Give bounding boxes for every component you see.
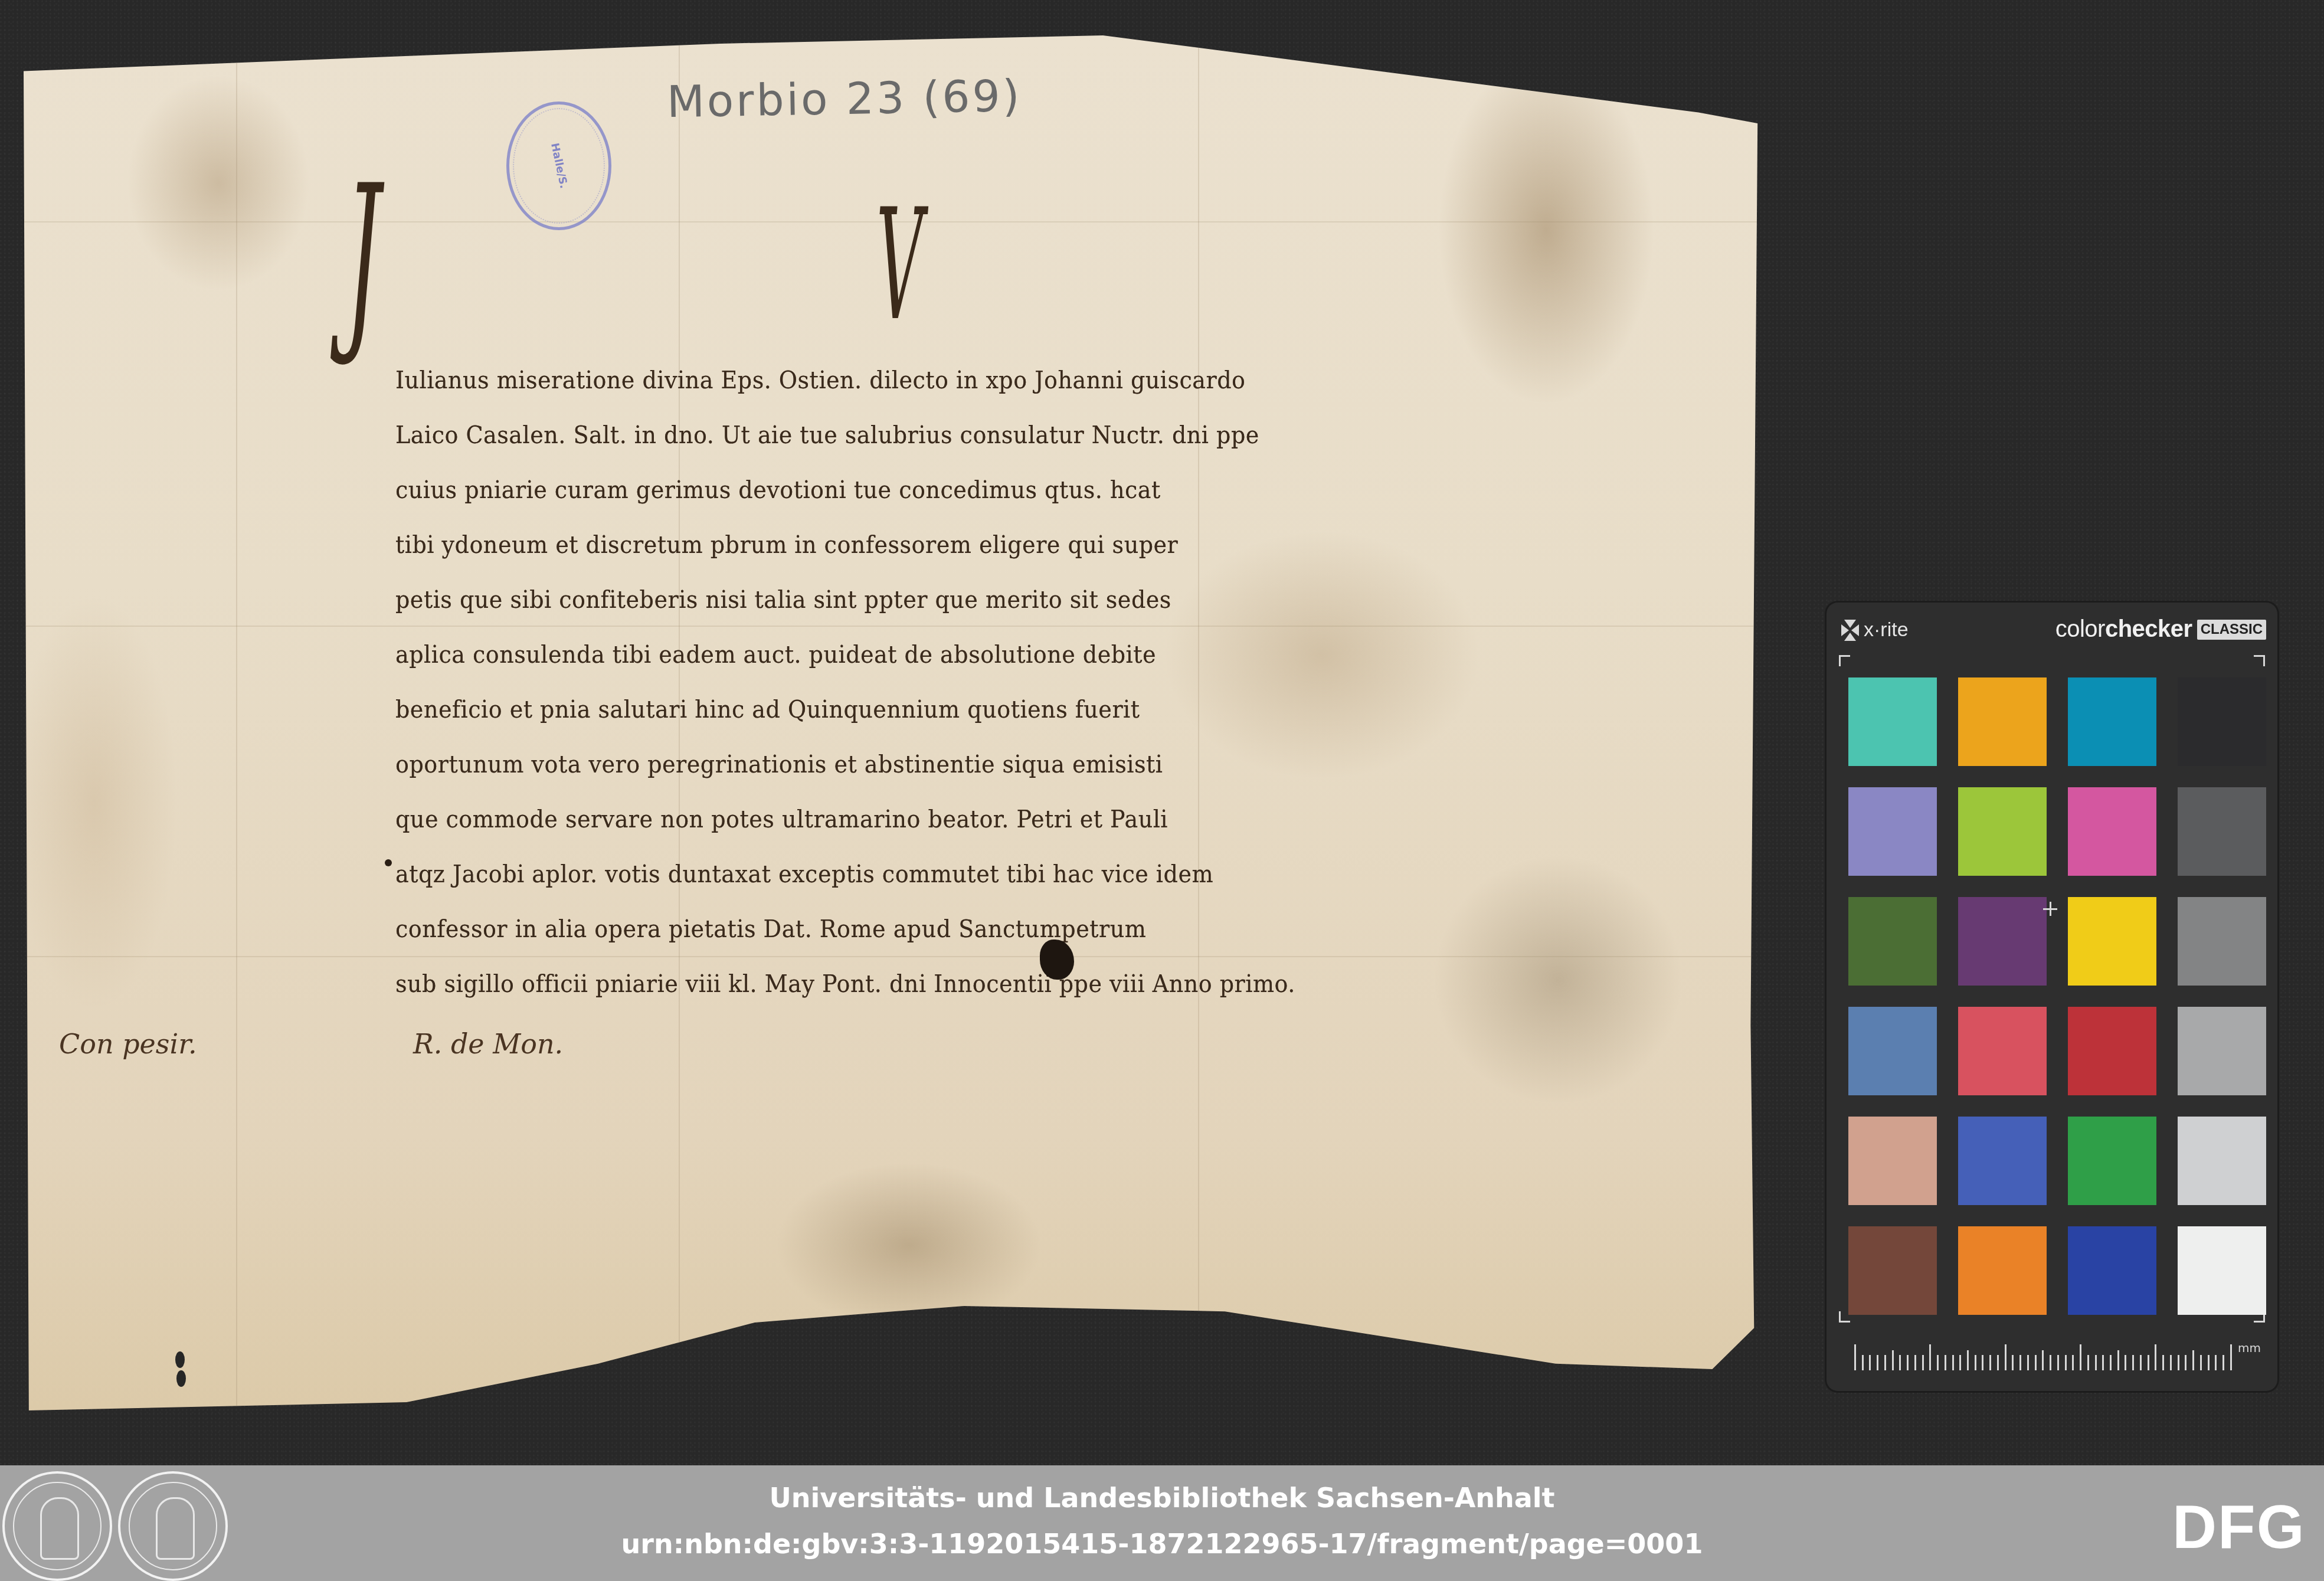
ruler-tick (2087, 1355, 2089, 1370)
manuscript-line: sub sigillo officii pniarie viii kl. May… (395, 957, 1361, 1012)
color-patch (1958, 1226, 2047, 1315)
color-patch (2068, 1007, 2156, 1095)
ruler-tick (2200, 1355, 2202, 1370)
ruler-tick (1892, 1350, 1894, 1370)
ruler-tick (1937, 1355, 1939, 1370)
ruler-tick (2192, 1350, 2194, 1370)
color-patch (2178, 787, 2266, 876)
manuscript-line: petis que sibi confiteberis nisi talia s… (395, 572, 1361, 627)
manuscript-line: atqz Jacobi aplor. votis duntaxat except… (395, 847, 1361, 902)
color-patch (2178, 1117, 2266, 1205)
ruler-tick (1877, 1355, 1878, 1370)
ruler-tick (2005, 1344, 2007, 1370)
color-patch (2178, 1226, 2266, 1315)
ruler-tick (1914, 1355, 1916, 1370)
parchment-hole (176, 1370, 186, 1387)
ruler-tick (2178, 1355, 2179, 1370)
ruler-tick (2065, 1355, 2067, 1370)
color-patch (2068, 787, 2156, 876)
color-patch-grid (1848, 677, 2266, 1315)
ruler-tick (1922, 1355, 1924, 1370)
color-patch (2068, 1226, 2156, 1315)
ink-dot (385, 859, 392, 866)
ruler-tick (2057, 1355, 2059, 1370)
ruler-tick (2170, 1355, 2172, 1370)
ruler-tick (2027, 1355, 2029, 1370)
ruler-tick (2050, 1355, 2051, 1370)
ruler-unit-label: mm (2238, 1341, 2261, 1355)
color-patch (1848, 897, 1937, 986)
parchment-hole (175, 1351, 185, 1368)
ruler-tick (1945, 1355, 1946, 1370)
color-patch (1848, 1226, 1937, 1315)
ruler-tick (2132, 1355, 2134, 1370)
institution-name: Universitäts- und Landesbibliothek Sachs… (0, 1482, 2324, 1514)
manuscript-line: tibi ydoneum et discretum pbrum in confe… (395, 518, 1361, 572)
ruler-tick (2080, 1344, 2081, 1370)
footer-bar: Universitäts- und Landesbibliothek Sachs… (0, 1465, 2324, 1581)
ruler-tick (1952, 1355, 1954, 1370)
ruler-tick (1982, 1355, 1983, 1370)
ruler-tick (2095, 1355, 2097, 1370)
ruler-tick (1967, 1350, 1969, 1370)
stamp-center-text: Halle/S. (548, 142, 569, 190)
color-patch (1958, 1117, 2047, 1205)
ruler-tick (1884, 1355, 1886, 1370)
ruler-tick (1997, 1355, 1999, 1370)
color-checker-card: x·rite color checker CLASSIC mm (1825, 601, 2279, 1393)
color-patch (1958, 787, 2047, 876)
ruler-tick (1854, 1344, 1856, 1370)
registration-corner (2254, 655, 2265, 666)
ruler-tick (1959, 1355, 1961, 1370)
ruler-tick (2185, 1355, 2186, 1370)
registration-corner (1839, 655, 1850, 666)
ruler-tick (2162, 1355, 2164, 1370)
ruler-tick (2117, 1350, 2119, 1370)
brand-label: x·rite (1864, 618, 1909, 641)
color-patch (2178, 1007, 2266, 1095)
marginal-note-center: R. de Mon. (413, 1028, 563, 1060)
title-light: color (2055, 616, 2105, 643)
ruler-tick (2035, 1355, 2037, 1370)
manuscript-line: beneficio et pnia salutari hinc ad Quinq… (395, 682, 1361, 737)
ruler-tick (2110, 1355, 2112, 1370)
color-patch (2178, 677, 2266, 766)
color-patch (1848, 787, 1937, 876)
crosshair-icon (2043, 902, 2057, 916)
ruler-tick (1899, 1355, 1901, 1370)
fold-line (236, 35, 237, 1410)
ruler-tick (1907, 1355, 1909, 1370)
xrite-logo-icon (1841, 620, 1859, 641)
ruler-tick (2155, 1344, 2156, 1370)
ruler-tick (2019, 1355, 2021, 1370)
decorated-initial-v: V (876, 189, 923, 342)
color-patch (1848, 677, 1937, 766)
color-patch (2068, 897, 2156, 986)
dfg-logo: DFG (2172, 1497, 2306, 1558)
ruler-tick (2140, 1355, 2142, 1370)
ruler-tick (2148, 1355, 2149, 1370)
classic-badge: CLASSIC (2197, 620, 2266, 640)
ruler-tick (1862, 1355, 1864, 1370)
ruler-tick (2208, 1355, 2210, 1370)
manuscript-line: Iulianus miseratione divina Eps. Ostien.… (395, 353, 1361, 408)
color-patch (1958, 897, 2047, 986)
ruler-tick (2215, 1355, 2217, 1370)
title-bold: checker (2105, 616, 2192, 643)
ruler-tick (1975, 1355, 1976, 1370)
colorchecker-title: color checker CLASSIC (2055, 616, 2266, 643)
ruler-tick (2102, 1355, 2104, 1370)
color-patch (2178, 897, 2266, 986)
mm-ruler (1854, 1344, 2232, 1370)
color-patch (1848, 1117, 1937, 1205)
urn-identifier[interactable]: urn:nbn:de:gbv:3:3-1192015415-1872122965… (0, 1528, 2324, 1560)
ruler-tick (1929, 1344, 1931, 1370)
shelfmark-pencil-note: Morbio 23 (69) (666, 71, 1022, 127)
manuscript-line: confessor in alia opera pietatis Dat. Ro… (395, 902, 1361, 957)
color-patch (1848, 1007, 1937, 1095)
manuscript-line: cuius pniarie curam gerimus devotioni tu… (395, 463, 1361, 518)
xrite-brand: x·rite (1841, 618, 1909, 641)
color-patch (2068, 677, 2156, 766)
marginal-note-left: Con pesir. (59, 1028, 197, 1060)
ruler-tick (2072, 1355, 2074, 1370)
color-patch (1958, 1007, 2047, 1095)
ruler-tick (2042, 1350, 2044, 1370)
ruler-tick (2012, 1355, 2014, 1370)
ruler-tick (1989, 1355, 1991, 1370)
ruler-tick (1869, 1355, 1871, 1370)
manuscript-line: oportunum vota vero peregrinationis et a… (395, 737, 1361, 792)
ruler-tick (2230, 1344, 2232, 1370)
manuscript-line: que commode servare non potes ultramarin… (395, 792, 1361, 847)
manuscript-text: Iulianus miseratione divina Eps. Ostien.… (395, 353, 1434, 1012)
manuscript-line: Laico Casalen. Salt. in dno. Ut aie tue … (395, 408, 1361, 463)
color-patch (1958, 677, 2047, 766)
manuscript-line: aplica consulenda tibi eadem auct. puide… (395, 627, 1361, 682)
library-stamp: Halle/S. (506, 102, 611, 230)
ruler-tick (2222, 1355, 2224, 1370)
color-patch (2068, 1117, 2156, 1205)
ruler-tick (2125, 1355, 2126, 1370)
decorated-initial-j: J (345, 159, 381, 354)
